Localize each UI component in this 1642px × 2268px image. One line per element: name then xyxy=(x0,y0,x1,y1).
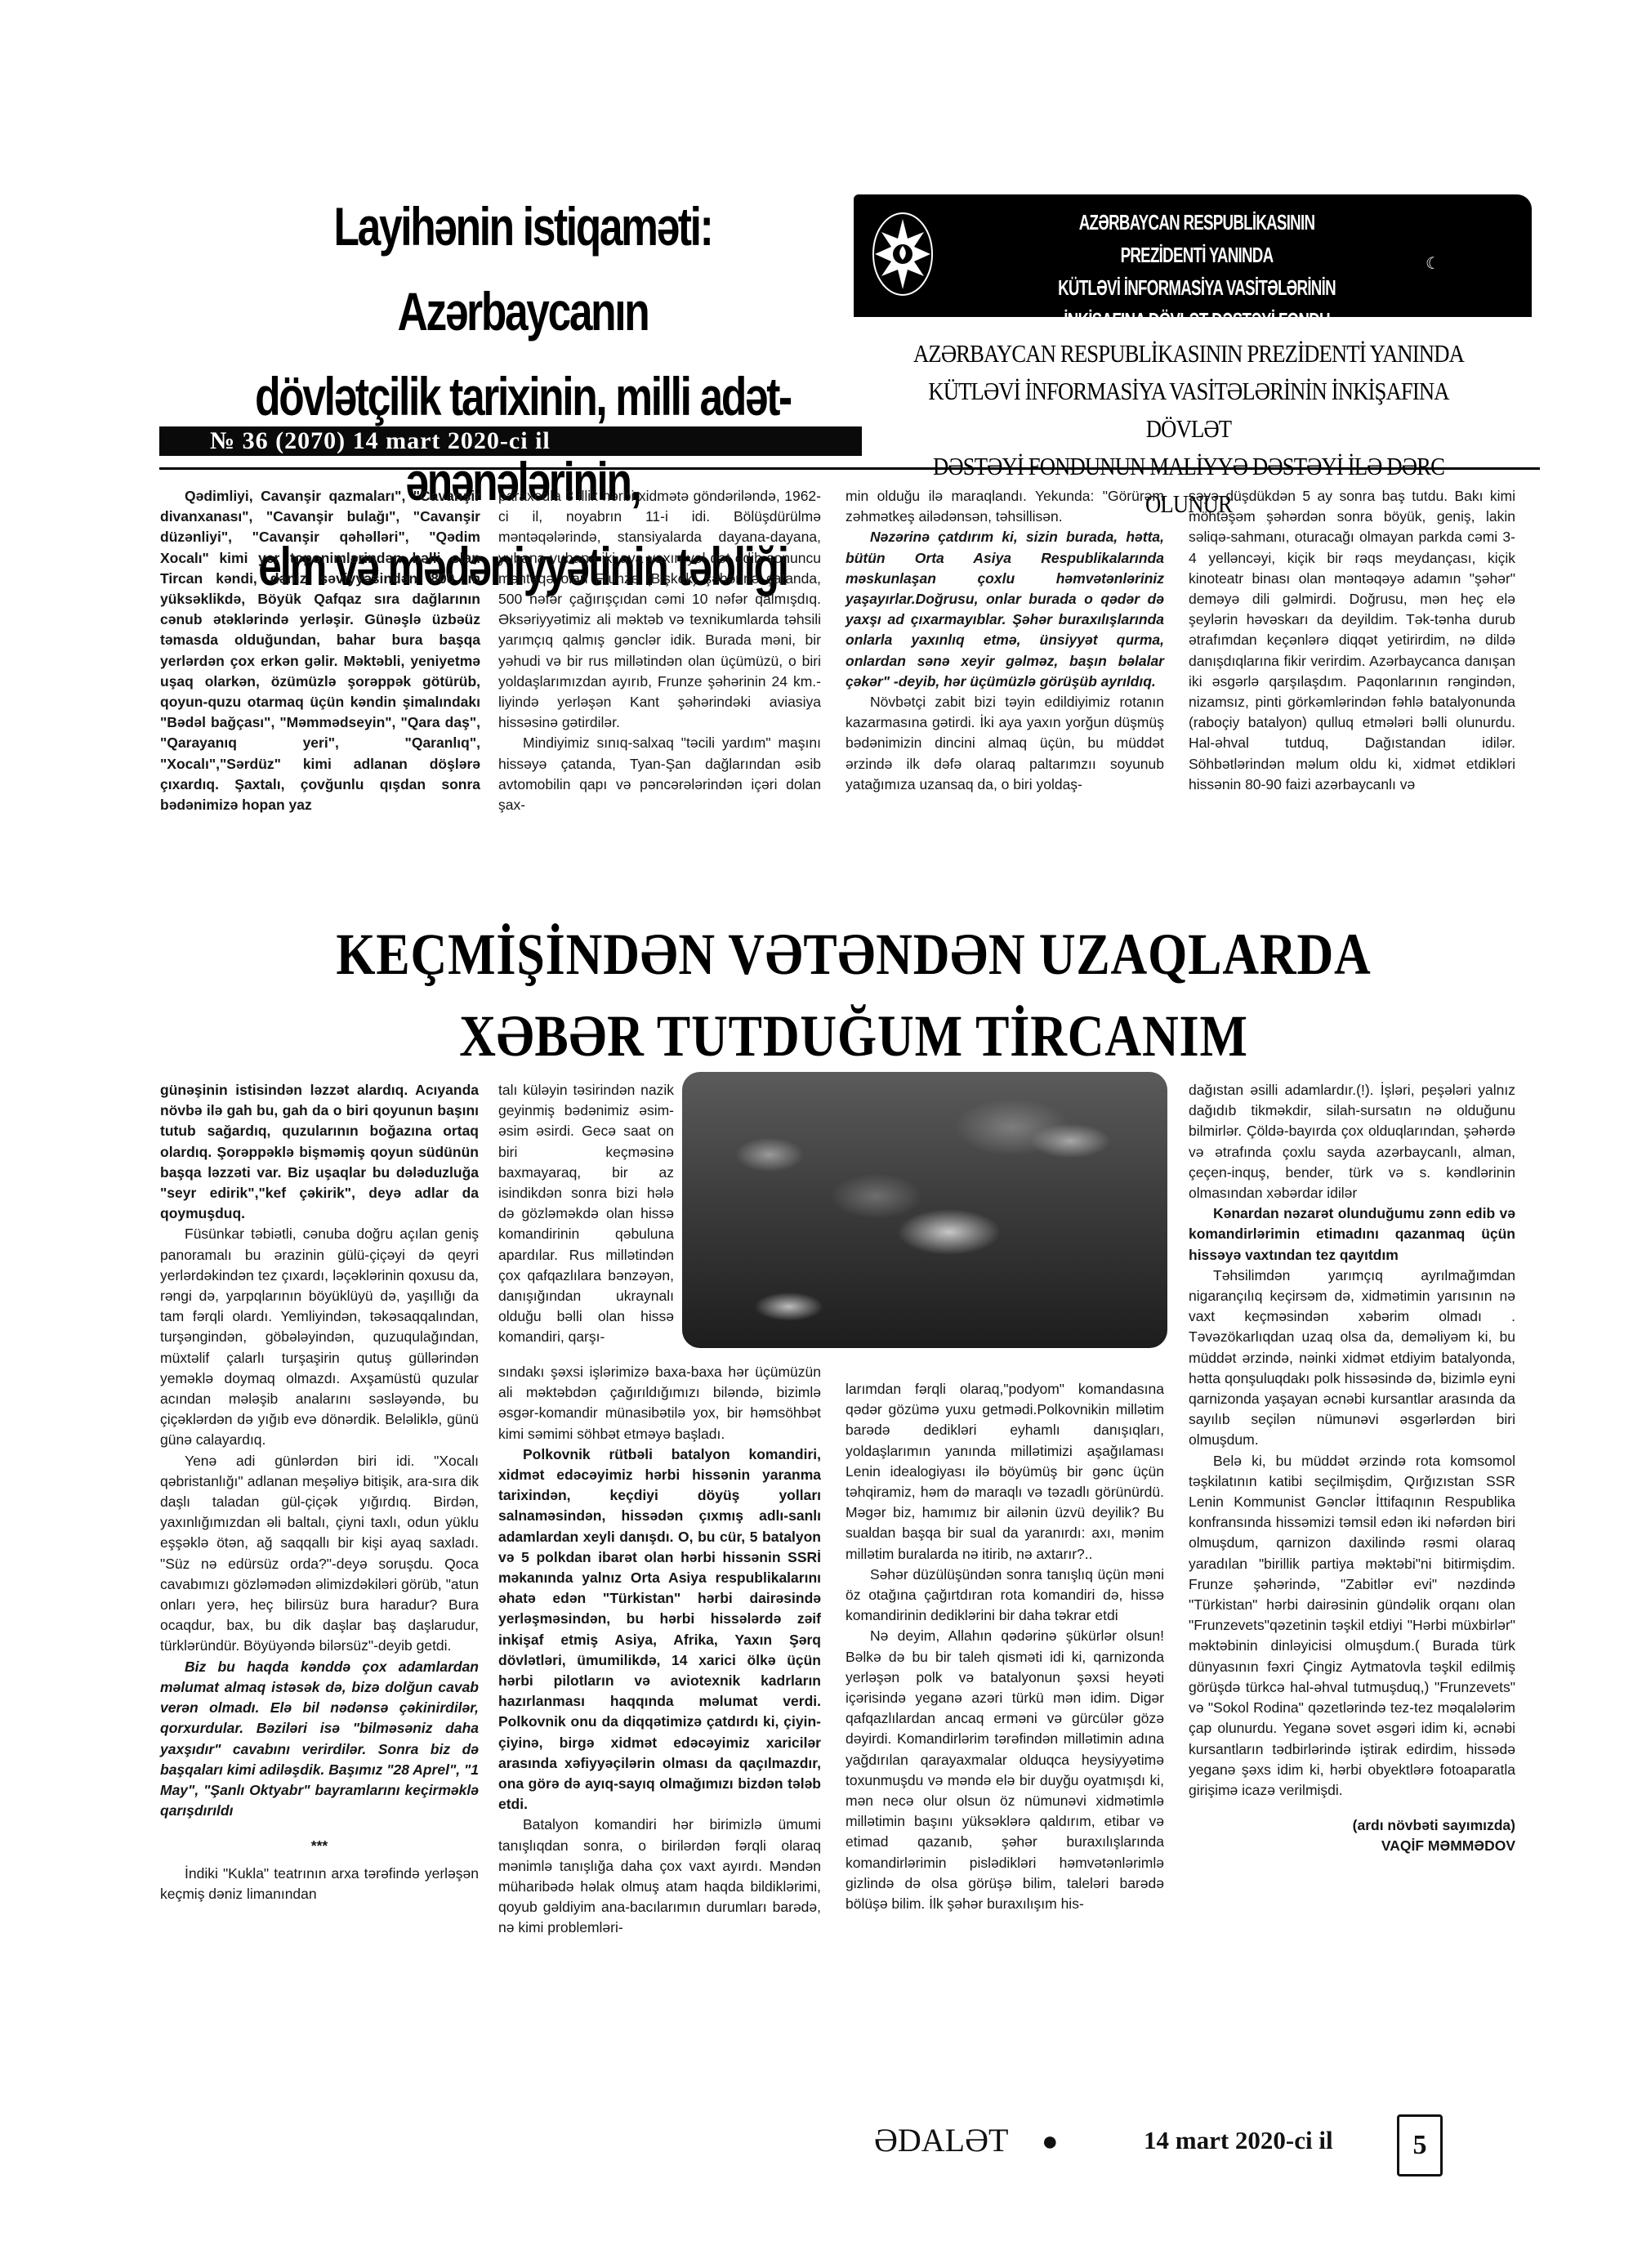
top-column-3: min olduğu ilə maraqlandı. Yekunda: "Gör… xyxy=(846,486,1164,795)
paragraph: sındakı şəxsi işlərimizə baxa-baxa hər ü… xyxy=(498,1362,821,1444)
paragraph: Nə deyim, Allahın qədərinə şükürlər olsu… xyxy=(846,1626,1164,1914)
crescent-icon: ☾ xyxy=(1426,253,1440,274)
bottom-column-4: dağıstan əsilli adamlardır.(!). İşləri, … xyxy=(1189,1080,1515,1857)
fund-banner: AZƏRBAYCAN RESPUBLİKASININ PREZİDENTİ YA… xyxy=(854,194,1532,317)
top-column-2: paraxodla 3 illik hərbi xidmətə göndəril… xyxy=(498,486,821,815)
article-headline: KEÇMİŞİNDƏN VƏTƏNDƏN UZAQLARDA XƏBƏR TUT… xyxy=(257,913,1451,1077)
page-number-badge: 5 xyxy=(1397,2114,1443,2176)
paragraph: Biz bu haqda kənddə çox adamlardan məlum… xyxy=(160,1657,479,1822)
paragraph: Nəzərinə çatdırım ki, sizin burada, hətt… xyxy=(846,527,1164,692)
fund-banner-line-2: KÜTLƏVİ İNFORMASİYA VASİTƏLƏRİNİN xyxy=(1038,271,1356,304)
bottom-column-2: sındakı şəxsi işlərimizə baxa-baxa hər ü… xyxy=(498,1362,821,1939)
paragraph: paraxodla 3 illik hərbi xidmətə göndəril… xyxy=(498,486,821,733)
project-title-line-1: Layihənin istiqaməti: Azərbaycanın xyxy=(252,184,794,354)
subheading: Kənardan nəzarət olunduğumu zənn edib və… xyxy=(1189,1203,1515,1266)
paragraph: günəşinin istisindən ləzzət alardıq. Acı… xyxy=(160,1080,479,1224)
paragraph: min olduğu ilə maraqlandı. Yekunda: "Gör… xyxy=(846,486,1164,527)
bottom-column-1: günəşinin istisindən ləzzət alardıq. Acı… xyxy=(160,1080,479,1904)
bottom-column-3: larımdan fərqli olaraq,"podyom" komandas… xyxy=(846,1379,1164,1914)
paragraph: Təhsilimdən yarımçıq ayrılmağımdan nigar… xyxy=(1189,1266,1515,1451)
issue-line: № 36 (2070) 14 mart 2020-ci il xyxy=(210,427,551,454)
fund-banner-line-1: AZƏRBAYCAN RESPUBLİKASININ PREZİDENTİ YA… xyxy=(1038,206,1356,271)
bullet-icon: ● xyxy=(1042,2126,1059,2158)
section-separator: *** xyxy=(160,1836,479,1856)
fund-support-line-2: KÜTLƏVİ İNFORMASİYA VASİTƏLƏRİNİN İNKİŞA… xyxy=(904,373,1474,448)
paragraph: Füsünkar təbiətli, cənuba doğru açılan g… xyxy=(160,1224,479,1450)
footer-date: 14 mart 2020-ci il xyxy=(1144,2126,1333,2155)
newspaper-name: ƏDALƏT xyxy=(874,2123,1008,2159)
paragraph: Növbətçi zabit bizi təyin edildiyimiz ro… xyxy=(846,692,1164,795)
fund-banner-text: AZƏRBAYCAN RESPUBLİKASININ PREZİDENTİ YA… xyxy=(1038,206,1356,337)
fund-banner-line-3: İNKİŞAFINA DÖVLƏT DƏSTƏYİ FONDU xyxy=(1038,304,1356,337)
paragraph: Səhər düzülüşündən sonra tanışlıq üçün m… xyxy=(846,1565,1164,1627)
bottom-column-2-narrow: talı küləyin təsirindən nazik geyinmiş b… xyxy=(498,1080,674,1348)
paragraph: Batalyon komandiri hər birimizlə ümumi t… xyxy=(498,1815,821,1938)
paragraph: dağıstan əsilli adamlardır.(!). İşləri, … xyxy=(1189,1080,1515,1203)
paragraph: İndiki "Kukla" teatrının arxa tərəfində … xyxy=(160,1864,479,1904)
page-footer: ƏDALƏT ● 14 mart 2020-ci il 5 xyxy=(874,2114,1528,2180)
issue-bar: № 36 (2070) 14 mart 2020-ci il xyxy=(159,426,862,456)
village-photo xyxy=(682,1072,1167,1348)
headline-line-2: XƏBƏR TUTDUĞUM TİRCANIM xyxy=(257,995,1451,1077)
divider xyxy=(159,467,1540,470)
paragraph: talı küləyin təsirindən nazik geyinmiş b… xyxy=(498,1080,674,1348)
top-column-1: Qədimliyi, Cavanşir qazmaları", "Cavanşi… xyxy=(160,486,480,815)
headline-line-1: KEÇMİŞİNDƏN VƏTƏNDƏN UZAQLARDA xyxy=(257,913,1451,995)
fund-support-line-1: AZƏRBAYCAN RESPUBLİKASININ PREZİDENTİ YA… xyxy=(904,335,1474,373)
paragraph: Mindiyimiz sınıq-salxaq "təcili yardım" … xyxy=(498,733,821,815)
continued-note: (ardı növbəti sayımızda) xyxy=(1189,1815,1515,1836)
paragraph: Belə ki, bu müddət ərzində rota komsomol… xyxy=(1189,1451,1515,1801)
paragraph: səyə düşdükdən 5 ay sonra baş tutdu. Bak… xyxy=(1189,486,1515,795)
paragraph: larımdan fərqli olaraq,"podyom" komandas… xyxy=(846,1379,1164,1565)
paragraph: Polkovnik rütbəli batalyon komandiri, xi… xyxy=(498,1444,821,1815)
paragraph: Qədimliyi, Cavanşir qazmaları", "Cavanşi… xyxy=(160,486,480,815)
page-number: 5 xyxy=(1413,2130,1427,2160)
paragraph: Yenə adi günlərdən biri idi. "Xocalı qəb… xyxy=(160,1451,479,1657)
top-column-4: səyə düşdükdən 5 ay sonra baş tutdu. Bak… xyxy=(1189,486,1515,795)
author-byline: VAQİF MƏMMƏDOV xyxy=(1189,1836,1515,1856)
azerbaijan-emblem-icon xyxy=(870,209,935,299)
